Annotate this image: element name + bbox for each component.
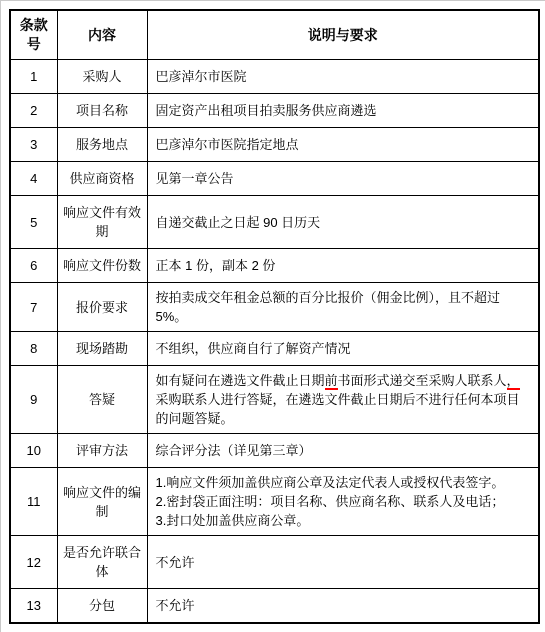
- clause-table: 条款号 内容 说明与要求 1采购人巴彦淖尔市医院2项目名称固定资产出租项目拍卖服…: [9, 9, 540, 624]
- clause-number: 9: [10, 366, 57, 434]
- table-header: 条款号 内容 说明与要求: [10, 10, 539, 60]
- clause-item: 响应文件份数: [57, 249, 147, 283]
- description-line: 3.封口处加盖供应商公章。: [156, 511, 533, 530]
- clause-description: 自递交截止之日起 90 日历天: [147, 196, 539, 249]
- description-line: 2.密封袋正面注明：项目名称、供应商名称、联系人及电话；: [156, 492, 533, 511]
- table-row: 7报价要求按拍卖成交年租金总额的百分比报价（佣金比例），且不超过 5%。: [10, 283, 539, 332]
- clause-item: 现场踏勘: [57, 332, 147, 366]
- table-row: 4供应商资格见第一章公告: [10, 162, 539, 196]
- description-line: 见第一章公告: [156, 169, 533, 188]
- description-text: 综合评分法（详见第三章）: [156, 443, 312, 458]
- description-text: 不允许: [156, 598, 195, 613]
- description-text: 自递交截止之日起 90 日历天: [156, 215, 321, 230]
- clause-number: 12: [10, 536, 57, 589]
- description-line: 不组织，供应商自行了解资产情况: [156, 339, 533, 358]
- description-text: 不组织，供应商自行了解资产情况: [156, 341, 351, 356]
- description-line: 不允许: [156, 553, 533, 572]
- table-row: 3服务地点巴彦淖尔市医院指定地点: [10, 128, 539, 162]
- header-row: 条款号 内容 说明与要求: [10, 10, 539, 60]
- description-line: 1.响应文件须加盖供应商公章及法定代表人或授权代表签字。: [156, 473, 533, 492]
- clause-description: 正本 1 份，副本 2 份: [147, 249, 539, 283]
- clause-item: 评审方法: [57, 434, 147, 468]
- description-line: 自递交截止之日起 90 日历天: [156, 213, 533, 232]
- clause-number: 1: [10, 60, 57, 94]
- clause-number: 5: [10, 196, 57, 249]
- description-text: 3.封口处加盖供应商公章。: [156, 513, 310, 528]
- clause-number: 6: [10, 249, 57, 283]
- clause-item: 是否允许联合体: [57, 536, 147, 589]
- description-line: 固定资产出租项目拍卖服务供应商遴选: [156, 101, 533, 120]
- spellcheck-underlined-text: 前: [325, 373, 338, 390]
- clause-description: 按拍卖成交年租金总额的百分比报价（佣金比例），且不超过 5%。: [147, 283, 539, 332]
- clause-item: 响应文件的编制: [57, 468, 147, 536]
- clause-description: 巴彦淖尔市医院: [147, 60, 539, 94]
- clause-number: 13: [10, 589, 57, 624]
- document-page: 条款号 内容 说明与要求 1采购人巴彦淖尔市医院2项目名称固定资产出租项目拍卖服…: [1, 1, 545, 624]
- clause-item: 响应文件有效期: [57, 196, 147, 249]
- clause-description: 巴彦淖尔市医院指定地点: [147, 128, 539, 162]
- description-line: 如有疑问在遴选文件截止日期前书面形式递交至采购人联系人，采购联系人进行答疑，在遴…: [156, 371, 533, 428]
- table-row: 5响应文件有效期自递交截止之日起 90 日历天: [10, 196, 539, 249]
- table-row: 6响应文件份数正本 1 份，副本 2 份: [10, 249, 539, 283]
- description-line: 巴彦淖尔市医院: [156, 67, 533, 86]
- clause-number: 2: [10, 94, 57, 128]
- clause-description: 1.响应文件须加盖供应商公章及法定代表人或授权代表签字。2.密封袋正面注明：项目…: [147, 468, 539, 536]
- description-text: 书面形式递交至采购人联系人: [338, 373, 507, 388]
- description-text: 见第一章公告: [156, 171, 234, 186]
- clause-item: 报价要求: [57, 283, 147, 332]
- table-row: 13分包不允许: [10, 589, 539, 624]
- table-row: 10评审方法综合评分法（详见第三章）: [10, 434, 539, 468]
- clause-number: 3: [10, 128, 57, 162]
- description-text: 2.密封袋正面注明：项目名称、供应商名称、联系人及电话；: [156, 494, 505, 509]
- table-row: 11响应文件的编制1.响应文件须加盖供应商公章及法定代表人或授权代表签字。2.密…: [10, 468, 539, 536]
- clause-item: 项目名称: [57, 94, 147, 128]
- clause-number: 8: [10, 332, 57, 366]
- description-text: 正本 1 份，副本 2 份: [156, 258, 276, 273]
- spellcheck-underlined-text: ，: [507, 373, 520, 390]
- description-line: 综合评分法（详见第三章）: [156, 441, 533, 460]
- description-line: 不允许: [156, 596, 533, 615]
- table-row: 2项目名称固定资产出租项目拍卖服务供应商遴选: [10, 94, 539, 128]
- description-text: 1.响应文件须加盖供应商公章及法定代表人或授权代表签字。: [156, 475, 505, 490]
- clause-description: 综合评分法（详见第三章）: [147, 434, 539, 468]
- clause-number: 4: [10, 162, 57, 196]
- description-text: 采购联系人进行答疑，在遴选文件截止日期后不进行任何本项目的问题答疑。: [156, 392, 520, 426]
- clause-number: 7: [10, 283, 57, 332]
- clause-item: 供应商资格: [57, 162, 147, 196]
- clause-number: 10: [10, 434, 57, 468]
- clause-description: 不允许: [147, 536, 539, 589]
- table-row: 8现场踏勘不组织，供应商自行了解资产情况: [10, 332, 539, 366]
- header-description: 说明与要求: [147, 10, 539, 60]
- table-row: 9答疑如有疑问在遴选文件截止日期前书面形式递交至采购人联系人，采购联系人进行答疑…: [10, 366, 539, 434]
- description-text: 固定资产出租项目拍卖服务供应商遴选: [156, 103, 377, 118]
- description-line: 正本 1 份，副本 2 份: [156, 256, 533, 275]
- clause-item: 服务地点: [57, 128, 147, 162]
- description-text: 按拍卖成交年租金总额的百分比报价（佣金比例），且不超过 5%。: [156, 290, 501, 324]
- table-row: 1采购人巴彦淖尔市医院: [10, 60, 539, 94]
- description-text: 巴彦淖尔市医院: [156, 69, 247, 84]
- table-body: 1采购人巴彦淖尔市医院2项目名称固定资产出租项目拍卖服务供应商遴选3服务地点巴彦…: [10, 60, 539, 624]
- table-row: 12是否允许联合体不允许: [10, 536, 539, 589]
- clause-number: 11: [10, 468, 57, 536]
- clause-item: 答疑: [57, 366, 147, 434]
- description-text: 如有疑问在遴选文件截止日期: [156, 373, 325, 388]
- description-line: 巴彦淖尔市医院指定地点: [156, 135, 533, 154]
- clause-description: 见第一章公告: [147, 162, 539, 196]
- description-text: 巴彦淖尔市医院指定地点: [156, 137, 299, 152]
- description-line: 按拍卖成交年租金总额的百分比报价（佣金比例），且不超过 5%。: [156, 288, 533, 326]
- clause-description: 固定资产出租项目拍卖服务供应商遴选: [147, 94, 539, 128]
- clause-description: 如有疑问在遴选文件截止日期前书面形式递交至采购人联系人，采购联系人进行答疑，在遴…: [147, 366, 539, 434]
- header-content: 内容: [57, 10, 147, 60]
- clause-item: 采购人: [57, 60, 147, 94]
- header-clause-number: 条款号: [10, 10, 57, 60]
- clause-description: 不允许: [147, 589, 539, 624]
- clause-description: 不组织，供应商自行了解资产情况: [147, 332, 539, 366]
- description-text: 不允许: [156, 555, 195, 570]
- clause-item: 分包: [57, 589, 147, 624]
